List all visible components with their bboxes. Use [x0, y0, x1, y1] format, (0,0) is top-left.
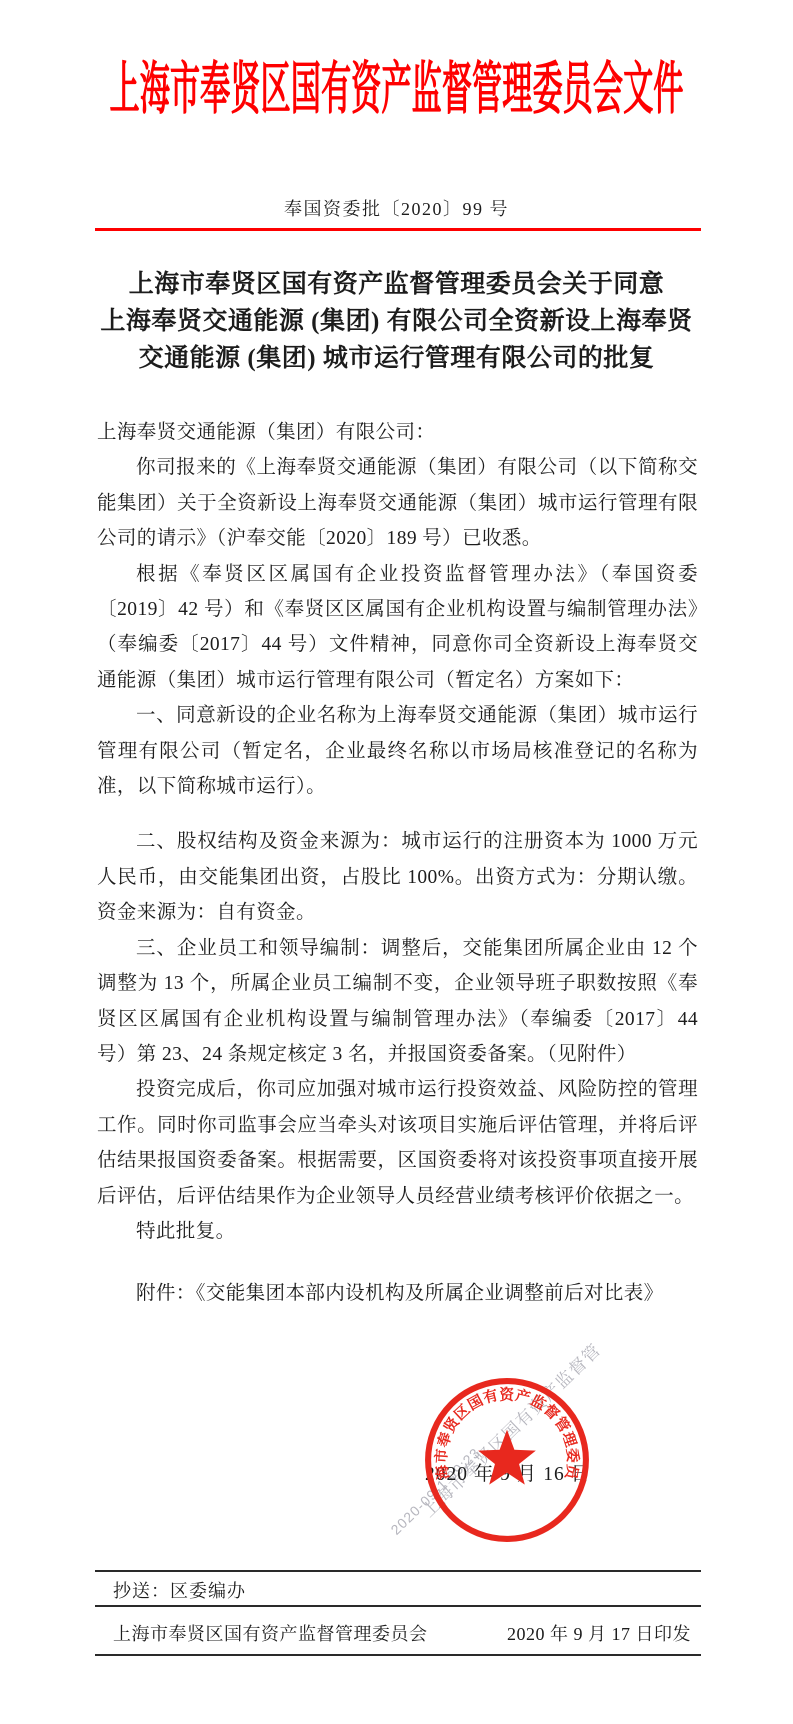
paragraph-1: 你司报来的《上海奉贤交通能源（集团）有限公司（以下简称交能集团）关于全资新设上海… — [97, 450, 698, 556]
paragraph-4: 二、股权结构及资金来源为：城市运行的注册资本为 1000 万元人民币，由交能集团… — [97, 824, 698, 930]
print-date: 2020 年 9 月 17 日印发 — [507, 1620, 701, 1646]
paragraph-7: 特此批复。 — [97, 1214, 698, 1249]
attachment-line: 附件：《交能集团本部内设机构及所属企业调整前后对比表》 — [97, 1276, 698, 1311]
doc-title-line-2: 上海奉贤交通能源 (集团) 有限公司全资新设上海奉贤 — [0, 303, 793, 340]
red-star-icon — [478, 1430, 536, 1485]
paragraph-3: 一、同意新设的企业名称为上海奉贤交通能源（集团）城市运行管理有限公司（暂定名，企… — [97, 698, 698, 804]
doc-title-line-1: 上海市奉贤区国有资产监督管理委员会关于同意 — [0, 266, 793, 303]
footer-divider-top — [95, 1570, 701, 1572]
cc-line: 抄送：区委编办 — [113, 1577, 246, 1603]
official-seal: 上海市奉贤区国有资产监督管理委员会 — [421, 1374, 593, 1546]
agency-banner-text: 上海市奉贤区国有资产监督管理委员会文件 — [110, 58, 684, 121]
issuer-row: 上海市奉贤区国有资产监督管理委员会 2020 年 9 月 17 日印发 — [95, 1620, 701, 1646]
doc-title: 上海市奉贤区国有资产监督管理委员会关于同意 上海奉贤交通能源 (集团) 有限公司… — [0, 266, 793, 377]
issuer-name: 上海市奉贤区国有资产监督管理委员会 — [95, 1620, 428, 1646]
red-divider — [95, 228, 701, 231]
doc-title-line-3: 交通能源 (集团) 城市运行管理有限公司的批复 — [0, 340, 793, 377]
paragraph-5: 三、企业员工和领导编制：调整后，交能集团所属企业由 12 个调整为 13 个，所… — [97, 931, 698, 1073]
footer-divider-middle — [95, 1605, 701, 1607]
salutation: 上海奉贤交通能源（集团）有限公司： — [97, 415, 698, 450]
paragraph-2: 根据《奉贤区区属国有企业投资监督管理办法》（奉国资委〔2019〕42 号）和《奉… — [97, 557, 698, 699]
doc-body: 上海奉贤交通能源（集团）有限公司： 你司报来的《上海奉贤交通能源（集团）有限公司… — [97, 415, 698, 1312]
doc-number: 奉国资委批〔2020〕99 号 — [0, 195, 793, 221]
agency-banner: 上海市奉贤区国有资产监督管理委员会文件 — [0, 58, 793, 121]
document-page: 上海市奉贤区国有资产监督管理委员会文件 奉国资委批〔2020〕99 号 上海市奉… — [0, 0, 793, 1724]
paragraph-6: 投资完成后，你司应加强对城市运行投资效益、风险防控的管理工作。同时你司监事会应当… — [97, 1072, 698, 1214]
footer-divider-bottom — [95, 1654, 701, 1656]
